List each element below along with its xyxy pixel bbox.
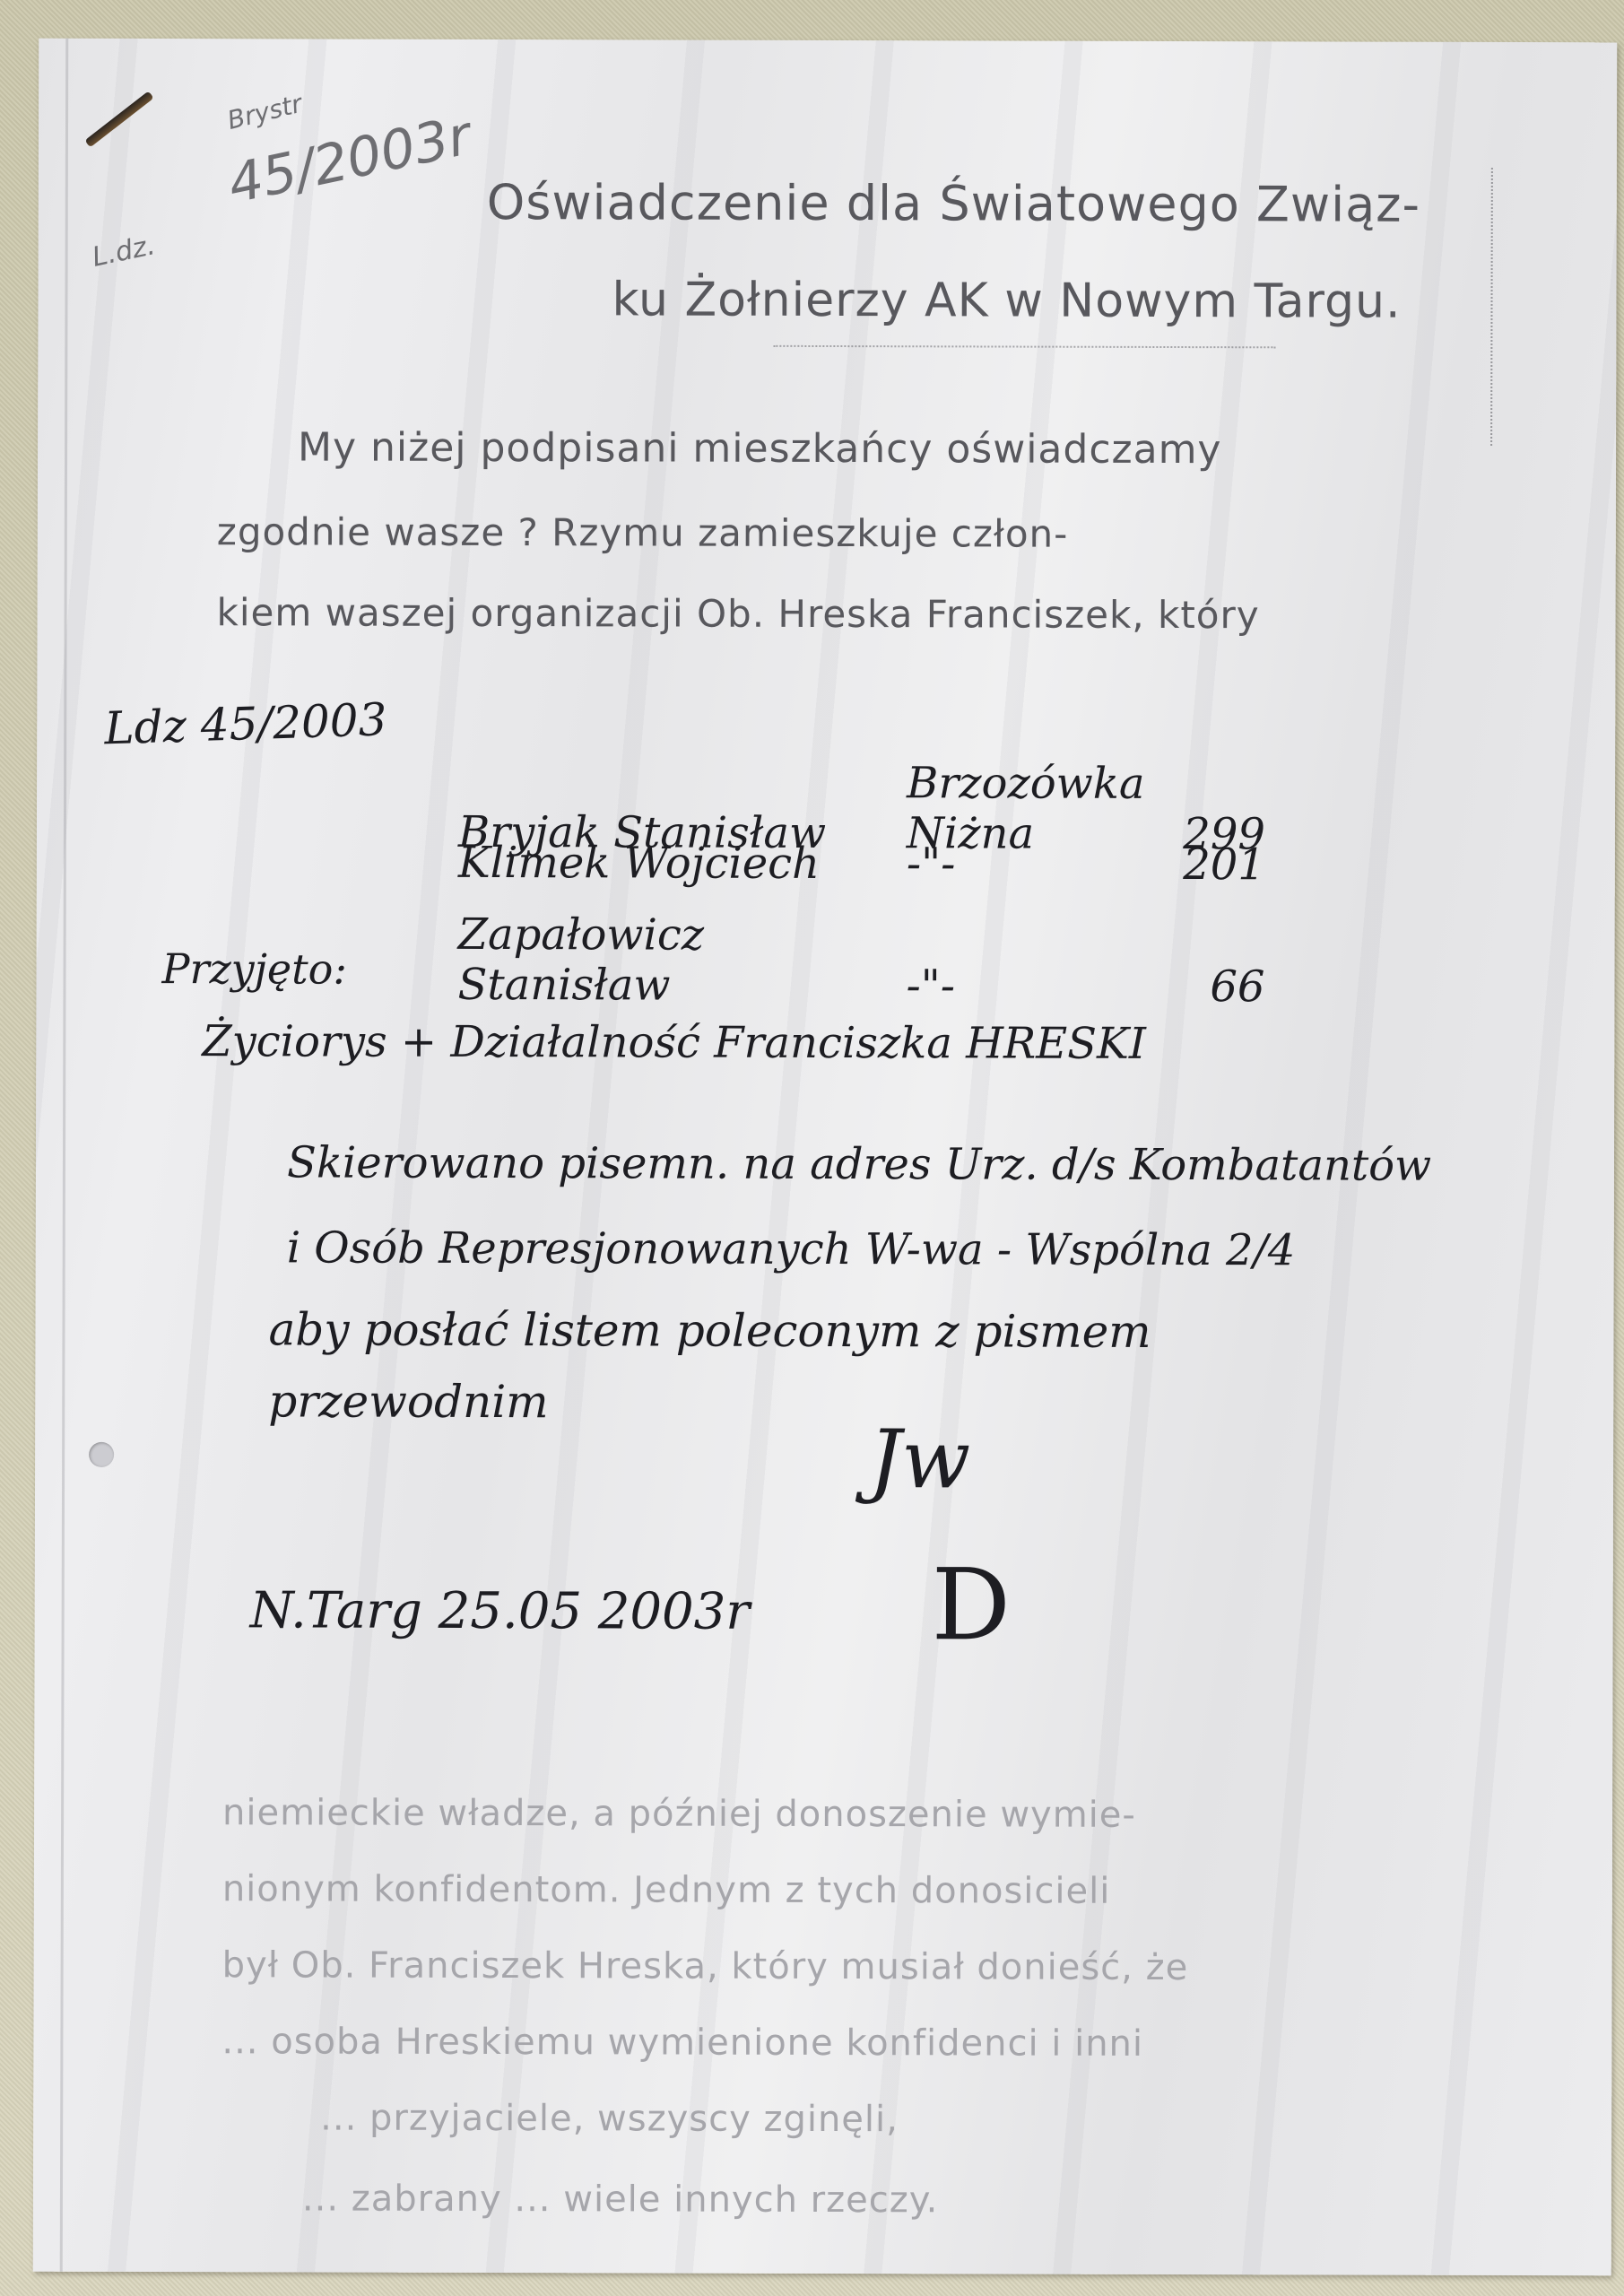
annotation-ldz-prefix: L.dz. [90, 230, 158, 274]
victim-place: -"- [907, 839, 1158, 890]
handwritten-line: Skierowano pisemn. na adres Urz. d/s Kom… [287, 1137, 1431, 1190]
document-title-line-2: ku Żołnierzy AK w Nowym Targu. [612, 273, 1401, 328]
faded-typed-line: niemieckie władze, a później donoszenie … [222, 1792, 1136, 1836]
victim-name: Klimek Wojciech [458, 838, 907, 889]
faded-typed-line: był Ob. Franciszek Hreska, który musiał … [222, 1944, 1189, 1988]
faded-typed-line: ... zabrany ... wiele innych rzeczy. [302, 2178, 939, 2221]
typed-body-line: My niżej podpisani mieszkańcy oświadczam… [298, 424, 1222, 473]
place-and-date: N.Targ 25.05 2003r [250, 1581, 751, 1640]
document-title-line-1: Oświadczenie dla Światowego Związ- [487, 174, 1420, 233]
victim-row: Klimek Wojciech-"-201 [458, 838, 1265, 890]
faded-typed-line: nionym konfidentom. Jednym z tych donosi… [222, 1868, 1111, 1912]
handwritten-line: i Osób Represjonowanych W-wa - Wspólna 2… [287, 1222, 1296, 1275]
annotation-top-small: Brystr [224, 89, 305, 135]
handwritten-line: Przyjęto: [161, 944, 346, 994]
victim-number: 201 [1158, 839, 1265, 890]
signature-mark: D [932, 1547, 1012, 1662]
faded-typed-line: ... osoba Hreskiemu wymienione konfidenc… [221, 2021, 1143, 2065]
punch-hole [89, 1442, 114, 1467]
typed-body-line: kiem waszej organizacji Ob. Hreska Franc… [217, 590, 1260, 637]
typed-body-line: zgodnie wasze ? Rzymu zamieszkuje człon- [217, 509, 1069, 555]
document-page: Brystr 45/2003r L.dz. Oświadczenie dla Ś… [33, 39, 1618, 2276]
staple [84, 91, 153, 147]
handwritten-line: Życiorys + Działalność Franciszka HRESKI [202, 1016, 1146, 1069]
handwritten-line: aby posłać listem poleconym z pismem [268, 1303, 1151, 1358]
margin-line [60, 39, 69, 2272]
victim-place: -"- [906, 961, 1157, 1012]
faded-typed-line: ... przyjaciele, wszyscy zginęli, [320, 2098, 899, 2141]
case-reference: Ldz 45/2003 [103, 693, 387, 754]
victim-name: Zapałowicz Stanisław [457, 909, 906, 1011]
signature-initials: Jw [869, 1413, 970, 1507]
handwritten-line: przewodnim [268, 1375, 549, 1428]
victim-number: 66 [1157, 961, 1264, 1012]
victim-row: Zapałowicz Stanisław-"-66 [457, 909, 1264, 1012]
